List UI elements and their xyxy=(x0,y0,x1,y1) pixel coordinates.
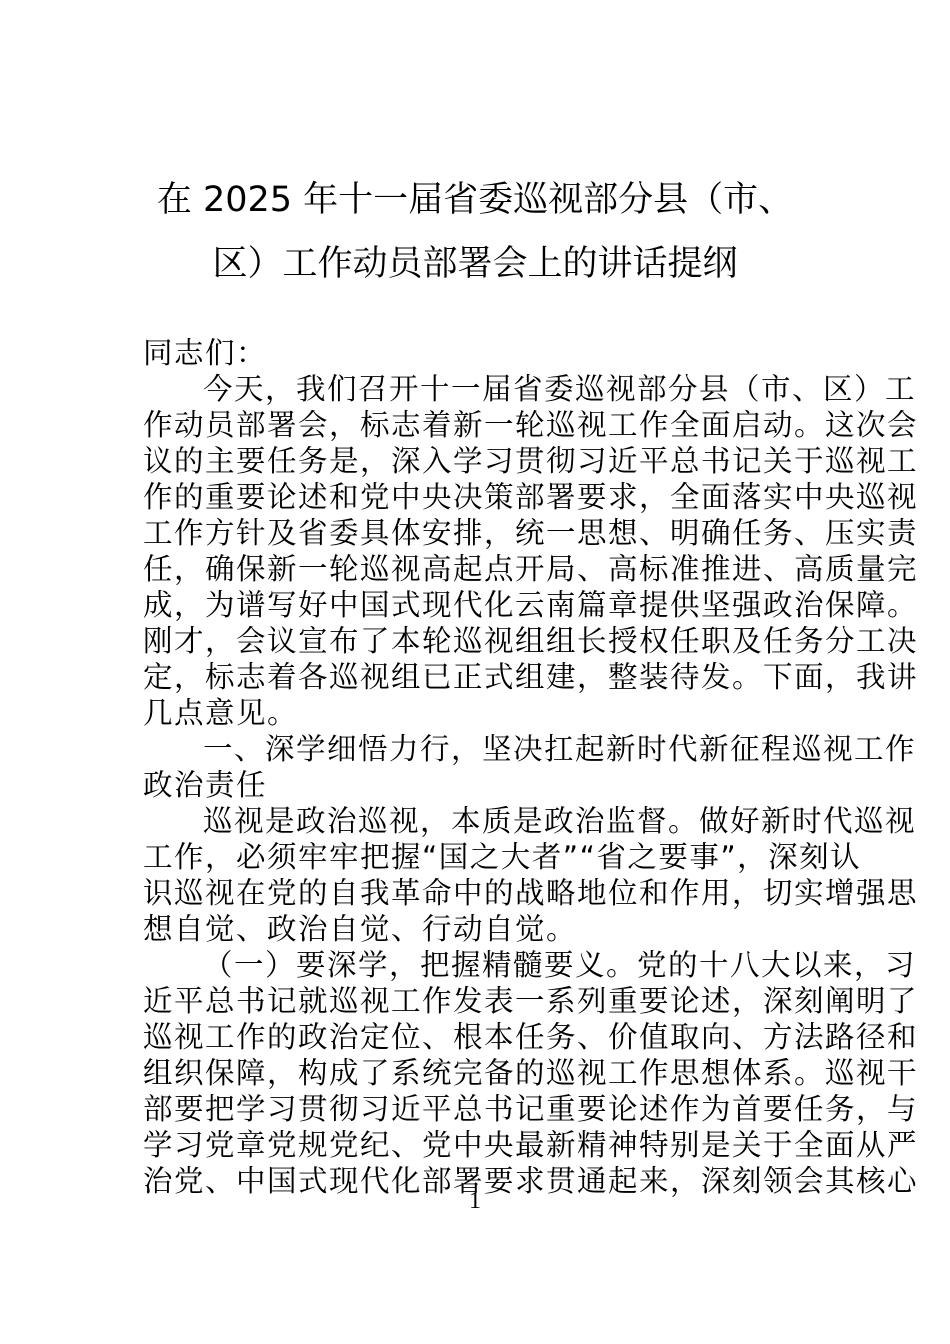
paragraph-line: 作动员部署会，标志着新一轮巡视工作全面启动。这次会 xyxy=(143,407,808,443)
heading-line: 一、深学细悟力行，坚决扛起新时代新征程巡视工作 xyxy=(143,731,808,767)
paragraph-line: （一）要深学，把握精髓要义。党的十八大以来，习 xyxy=(143,947,808,983)
page-number: 1 xyxy=(0,1186,950,1216)
document-title: 在 2025 年十一届省委巡视部分县（市、 区）工作动员部署会上的讲话提纲 xyxy=(0,168,950,296)
paragraph-line: 任，确保新一轮巡视高起点开局、高标准推进、高质量完 xyxy=(143,551,808,587)
paragraph-line: 定，标志着各巡视组已正式组建，整装待发。下面，我讲 xyxy=(143,659,808,695)
paragraph-line: 巡视是政治巡视，本质是政治监督。做好新时代巡视 xyxy=(143,803,808,839)
paragraph-subsection-1: （一）要深学，把握精髓要义。党的十八大以来，习 近平总书记就巡视工作发表一系列重… xyxy=(143,947,808,1199)
paragraph-line: 组织保障，构成了系统完备的巡视工作思想体系。巡视干 xyxy=(143,1055,808,1091)
paragraph-section-1-intro: 巡视是政治巡视，本质是政治监督。做好新时代巡视 工作，必须牢牢把握“国之大者”“… xyxy=(143,803,808,947)
paragraph-line: 刚才，会议宣布了本轮巡视组组长授权任职及任务分工决 xyxy=(143,623,808,659)
paragraph-line: 识巡视在党的自我革命中的战略地位和作用，切实增强思 xyxy=(143,875,808,911)
title-line-1: 在 2025 年十一届省委巡视部分县（市、 xyxy=(0,168,950,232)
paragraph-line: 作的重要论述和党中央决策部署要求，全面落实中央巡视 xyxy=(143,479,808,515)
paragraph-opening: 今天，我们召开十一届省委巡视部分县（市、区）工 作动员部署会，标志着新一轮巡视工… xyxy=(143,371,808,731)
paragraph-line: 工作方针及省委具体安排，统一思想、明确任务、压实责 xyxy=(143,515,808,551)
document-body: 同志们： 今天，我们召开十一届省委巡视部分县（市、区）工 作动员部署会，标志着新… xyxy=(143,335,808,1199)
paragraph-line: 几点意见。 xyxy=(143,695,808,731)
heading-line: 政治责任 xyxy=(143,767,808,803)
paragraph-line: 工作，必须牢牢把握“国之大者”“省之要事”，深刻认 xyxy=(143,839,808,875)
paragraph-line: 议的主要任务是，深入学习贯彻习近平总书记关于巡视工 xyxy=(143,443,808,479)
paragraph-line: 想自觉、政治自觉、行动自觉。 xyxy=(143,911,808,947)
paragraph-line: 巡视工作的政治定位、根本任务、价值取向、方法路径和 xyxy=(143,1019,808,1055)
paragraph-line: 成，为谱写好中国式现代化云南篇章提供坚强政治保障。 xyxy=(143,587,808,623)
document-page: 在 2025 年十一届省委巡视部分县（市、 区）工作动员部署会上的讲话提纲 同志… xyxy=(0,0,950,1344)
salutation: 同志们： xyxy=(143,335,808,371)
paragraph-line: 今天，我们召开十一届省委巡视部分县（市、区）工 xyxy=(143,371,808,407)
title-line-2: 区）工作动员部署会上的讲话提纲 xyxy=(0,232,950,296)
section-heading-1: 一、深学细悟力行，坚决扛起新时代新征程巡视工作 政治责任 xyxy=(143,731,808,803)
paragraph-line: 学习党章党规党纪、党中央最新精神特别是关于全面从严 xyxy=(143,1127,808,1163)
paragraph-line: 部要把学习贯彻习近平总书记重要论述作为首要任务，与 xyxy=(143,1091,808,1127)
paragraph-line: 近平总书记就巡视工作发表一系列重要论述，深刻阐明了 xyxy=(143,983,808,1019)
